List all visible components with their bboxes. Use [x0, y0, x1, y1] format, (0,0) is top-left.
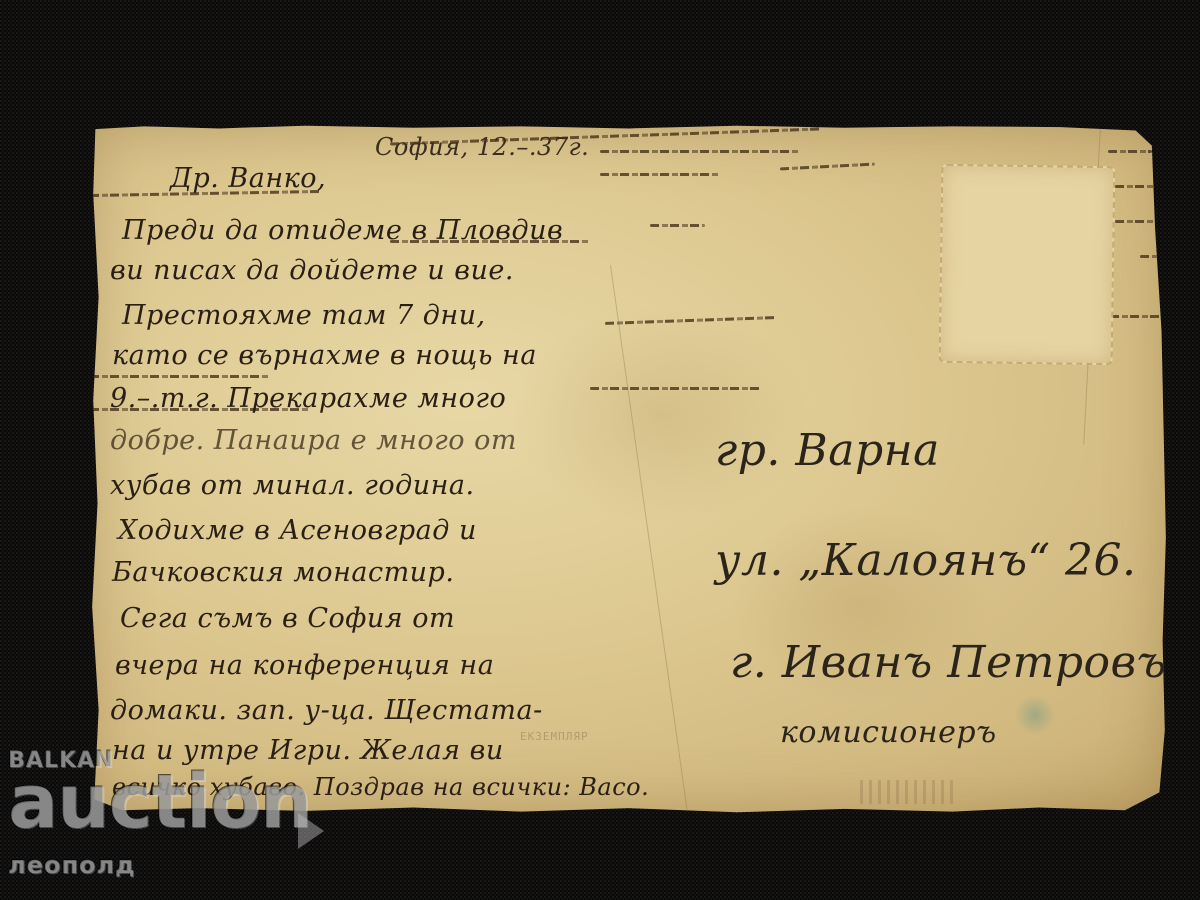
watermark: BALKAN auction леополд [8, 748, 312, 879]
message-line: като се върнахме в нощь на [112, 340, 537, 371]
address-occupation: комисионеръ [780, 715, 997, 750]
watermark-seller: леополд [8, 851, 312, 879]
postcard: София, 12.–.37г. Др. Ванко, Преди да оти… [90, 125, 1168, 813]
postmark-cancel-line [600, 173, 720, 176]
perforation-mark [860, 780, 955, 804]
message-line: домаки. зап. у-ца. Щестата- [110, 695, 543, 726]
address-street: ул. „Калоянъ“ 26. [715, 535, 1137, 586]
postmark-cancel-line [780, 163, 875, 171]
greeting: Др. Ванко, [170, 163, 326, 194]
message-line: вчера на конференция на [115, 650, 494, 681]
message-line: хубав от минал. година. [110, 470, 475, 501]
postmark-cancel-line [1115, 220, 1159, 223]
postmark-cancel-line [1115, 185, 1155, 188]
stamp-remnant [939, 164, 1116, 365]
message-line: добре. Панаира е много от [110, 425, 517, 456]
postmark-cancel-line [650, 224, 705, 227]
postmark-cancel-line [1108, 150, 1152, 153]
postmark-cancel-line [90, 375, 270, 378]
postmark-cancel-line [590, 387, 760, 390]
dateline: София, 12.–.37г. [375, 133, 589, 161]
message-line: 9.–.т.г. Прекарахме много [110, 383, 506, 414]
postmark-cancel-line [1140, 255, 1160, 258]
watermark-word: auction [8, 769, 312, 835]
faint-printed-text: ЕКЗЕМПЛЯР [520, 730, 589, 743]
postmark-cancel-line [1110, 315, 1160, 318]
address-recipient: г. Иванъ Петровъ [730, 637, 1166, 688]
message-line: Престояхме там 7 дни, [122, 300, 486, 331]
message-line: Бачковския монастир. [112, 557, 454, 588]
message-line: Преди да отидеме в Пловдив [122, 215, 563, 246]
message-line: Ходихме в Асеновград и [118, 515, 477, 546]
ink-blot [1015, 695, 1055, 735]
postmark-cancel-line [600, 150, 800, 153]
message-line: Сега съмъ в София от [120, 603, 455, 634]
paper-stain [510, 305, 810, 525]
address-city: гр. Варна [715, 425, 940, 476]
message-line: ви писах да дойдете и вие. [110, 255, 514, 286]
play-arrow-icon [298, 813, 324, 849]
